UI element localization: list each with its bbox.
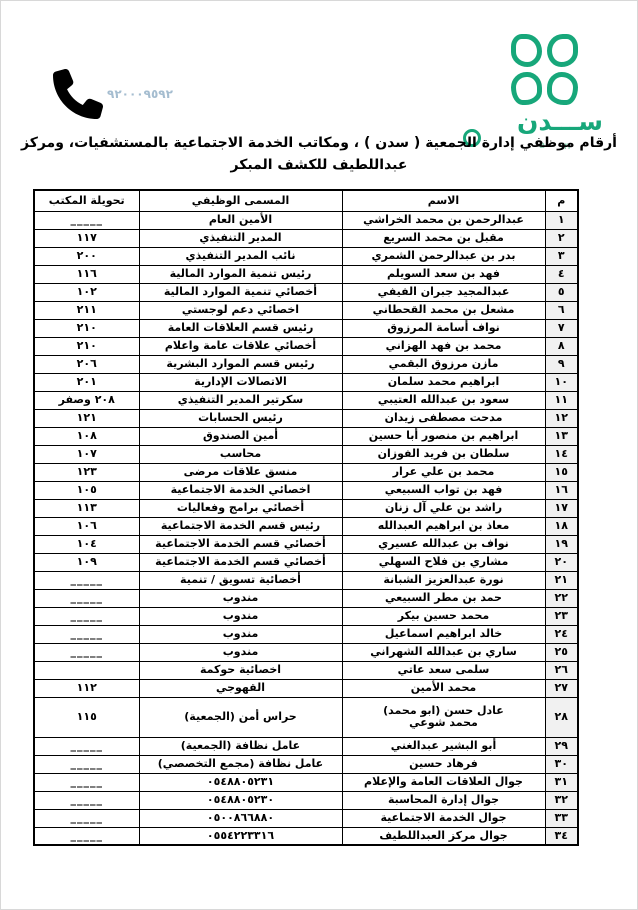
job-title-cell: عامل نظافة (مجمع التخصصي) xyxy=(139,755,342,773)
job-title-cell: حراس أمن (الجمعية) xyxy=(139,697,342,737)
row-number-cell: ١٥ xyxy=(545,463,578,481)
job-title-cell: منسق علاقات مرضى xyxy=(139,463,342,481)
name-cell: ساري بن عبدالله الشهراني xyxy=(342,643,545,661)
name-cell: أبو البشير عبدالغني xyxy=(342,737,545,755)
table-row: ١١سعود بن عبدالله العتيبيسكرتير المدير ا… xyxy=(34,391,578,409)
name-cell: محمد بن علي عرار xyxy=(342,463,545,481)
job-title-cell: المدير التنفيذي xyxy=(139,229,342,247)
extension-cell: ٢١٠ xyxy=(34,319,139,337)
row-number-cell: ٢٦ xyxy=(545,661,578,679)
extension-cell: ١١٧ xyxy=(34,229,139,247)
page-title: أرقام موظفي إدارة الجمعية ( سدن ) ، ومكا… xyxy=(19,132,619,176)
phone-handset-icon xyxy=(53,65,103,123)
job-title-cell: ٠٥٤٨٨٠٥٢٣٠ xyxy=(139,791,342,809)
name-cell: مقبل بن محمد السريع xyxy=(342,229,545,247)
table-row: ٢٦سلمى سعد عاتياخصائية حوكمة xyxy=(34,661,578,679)
name-cell: محمد بن فهد الهزاني xyxy=(342,337,545,355)
extension-cell: ٢١٠ xyxy=(34,337,139,355)
row-number-cell: ٧ xyxy=(545,319,578,337)
row-number-cell: ٢٠ xyxy=(545,553,578,571)
row-number-cell: ٢٢ xyxy=(545,589,578,607)
job-title-cell: أخصائية تسويق / تنمية xyxy=(139,571,342,589)
clover-petal-icon xyxy=(547,34,578,67)
table-row: ٢مقبل بن محمد السريعالمدير التنفيذي١١٧ xyxy=(34,229,578,247)
row-number-cell: ١ xyxy=(545,211,578,229)
extension-cell: _____ xyxy=(34,589,139,607)
table-row: ١٣ابراهيم بن منصور أبا حسينأمين الصندوق١… xyxy=(34,427,578,445)
name-cell: مدحت مصطفى زيدان xyxy=(342,409,545,427)
row-number-cell: ٢٣ xyxy=(545,607,578,625)
job-title-cell: عامل نظافة (الجمعية) xyxy=(139,737,342,755)
table-row: ١٧راشد بن علي آل زنانأخصائي برامج وفعالي… xyxy=(34,499,578,517)
table-row: ٩مازن مرزوق البقميرئيس قسم الموارد البشر… xyxy=(34,355,578,373)
table-row: ٢٧محمد الأمينالقهوجي١١٢ xyxy=(34,679,578,697)
job-title-cell: محاسب xyxy=(139,445,342,463)
row-number-cell: ٢٨ xyxy=(545,697,578,737)
row-number-cell: ٣١ xyxy=(545,773,578,791)
row-number-cell: ٢٤ xyxy=(545,625,578,643)
column-header-job-title: المسمى الوظيفي xyxy=(139,190,342,211)
table-row: ١٦فهد بن تواب السبيعياخصائي الخدمة الاجت… xyxy=(34,481,578,499)
job-title-cell: أمين الصندوق xyxy=(139,427,342,445)
job-title-cell: رئيس قسم العلاقات العامة xyxy=(139,319,342,337)
table-row: ٢٢حمد بن مطر السبيعيمندوب_____ xyxy=(34,589,578,607)
row-number-cell: ١٢ xyxy=(545,409,578,427)
name-cell: سلمى سعد عاتي xyxy=(342,661,545,679)
row-number-cell: ١١ xyxy=(545,391,578,409)
name-cell: نورة عبدالعزيز الشبانة xyxy=(342,571,545,589)
name-cell: محمد حسين بيكر xyxy=(342,607,545,625)
row-number-cell: ٣٠ xyxy=(545,755,578,773)
job-title-cell: رئيس الحسابات xyxy=(139,409,342,427)
table-body: ١عبدالرحمن بن محمد الخراشيالأمين العام__… xyxy=(34,211,578,845)
table-row: ٣٤جوال مركز العبداللطيف٠٥٥٤٢٢٣٣١٦_____ xyxy=(34,827,578,845)
table-row: ٣١جوال العلاقات العامة والإعلام٠٥٤٨٨٠٥٢٣… xyxy=(34,773,578,791)
job-title-cell: اخصائي الخدمة الاجتماعية xyxy=(139,481,342,499)
table-row: ١٨معاذ بن ابراهيم العبداللهرئيس قسم الخد… xyxy=(34,517,578,535)
name-cell: جوال مركز العبداللطيف xyxy=(342,827,545,845)
extension-cell: _____ xyxy=(34,625,139,643)
name-cell: عبدالمجيد جبران الفيفي xyxy=(342,283,545,301)
name-cell: خالد ابراهيم اسماعيل xyxy=(342,625,545,643)
job-title-cell: أخصائي قسم الخدمة الاجتماعية xyxy=(139,535,342,553)
row-number-cell: ٣ xyxy=(545,247,578,265)
table-row: ٣٢جوال إدارة المحاسبة٠٥٤٨٨٠٥٢٣٠_____ xyxy=(34,791,578,809)
table-row: ٢٤خالد ابراهيم اسماعيلمندوب_____ xyxy=(34,625,578,643)
job-title-cell: ٠٥٠٠٨٦٦٨٨٠ xyxy=(139,809,342,827)
extension-cell: _____ xyxy=(34,643,139,661)
table-row: ١٠ابراهيم محمد سلمانالاتصالات الإدارية٢٠… xyxy=(34,373,578,391)
name-cell: نواف أسامة المرزوق xyxy=(342,319,545,337)
row-number-cell: ١٤ xyxy=(545,445,578,463)
clover-petal-icon xyxy=(547,72,578,105)
unified-phone-number: ٩٢٠٠٠٩٥٩٢ xyxy=(107,87,173,101)
extension-cell: ١٠٢ xyxy=(34,283,139,301)
name-cell: نواف بن عبدالله عسيري xyxy=(342,535,545,553)
row-number-cell: ١٠ xyxy=(545,373,578,391)
job-title-cell: اخصائي دعم لوجستي xyxy=(139,301,342,319)
row-number-cell: ٢١ xyxy=(545,571,578,589)
row-number-cell: ١٨ xyxy=(545,517,578,535)
extension-cell: ١١٥ xyxy=(34,697,139,737)
job-title-cell: سكرتير المدير التنفيذي xyxy=(139,391,342,409)
name-cell: مازن مرزوق البقمي xyxy=(342,355,545,373)
extension-cell: ١٠٩ xyxy=(34,553,139,571)
row-number-cell: ١٩ xyxy=(545,535,578,553)
row-number-cell: ٩ xyxy=(545,355,578,373)
row-number-cell: ٢ xyxy=(545,229,578,247)
job-title-cell: أخصائي علاقات عامة واعلام xyxy=(139,337,342,355)
row-number-cell: ٦ xyxy=(545,301,578,319)
table-row: ١٤سلطان بن فريد الفوزانمحاسب١٠٧ xyxy=(34,445,578,463)
extension-cell: _____ xyxy=(34,571,139,589)
extension-cell: ٢٠٦ xyxy=(34,355,139,373)
extension-cell xyxy=(34,661,139,679)
table-row: ٢٨عادل حسن (ابو محمد) محمد شوعيحراس أمن … xyxy=(34,697,578,737)
table-row: ١٢مدحت مصطفى زيدانرئيس الحسابات١٢١ xyxy=(34,409,578,427)
extension-cell: _____ xyxy=(34,737,139,755)
job-title-cell: مندوب xyxy=(139,589,342,607)
extension-cell: _____ xyxy=(34,827,139,845)
row-number-cell: ١٦ xyxy=(545,481,578,499)
name-cell: مشاري بن فلاح السهلي xyxy=(342,553,545,571)
extension-cell: ١٠٦ xyxy=(34,517,139,535)
table-row: ٢٥ساري بن عبدالله الشهرانيمندوب_____ xyxy=(34,643,578,661)
name-cell: فهد بن سعد السويلم xyxy=(342,265,545,283)
extension-cell: ٢١١ xyxy=(34,301,139,319)
table-row: ٣٠فرهاد حسينعامل نظافة (مجمع التخصصي)___… xyxy=(34,755,578,773)
row-number-cell: ٤ xyxy=(545,265,578,283)
name-cell: معاذ بن ابراهيم العبدالله xyxy=(342,517,545,535)
name-cell: عبدالرحمن بن محمد الخراشي xyxy=(342,211,545,229)
job-title-cell: مندوب xyxy=(139,607,342,625)
table-row: ٢٠مشاري بن فلاح السهليأخصائي قسم الخدمة … xyxy=(34,553,578,571)
name-cell: سعود بن عبدالله العتيبي xyxy=(342,391,545,409)
name-cell: بدر بن عبدالرحمن الشمري xyxy=(342,247,545,265)
name-cell: جوال الخدمة الاجتماعية xyxy=(342,809,545,827)
clover-petal-icon xyxy=(511,72,542,105)
job-title-cell: رئيس تنمية الموارد المالية xyxy=(139,265,342,283)
name-cell: محمد الأمين xyxy=(342,679,545,697)
row-number-cell: ٥ xyxy=(545,283,578,301)
clover-logo-icon xyxy=(511,34,578,105)
extension-cell: ١٠٥ xyxy=(34,481,139,499)
extension-cell: ١٢٣ xyxy=(34,463,139,481)
extension-cell: ١١٢ xyxy=(34,679,139,697)
table-row: ١عبدالرحمن بن محمد الخراشيالأمين العام__… xyxy=(34,211,578,229)
table-row: ٥عبدالمجيد جبران الفيفيأخصائي تنمية المو… xyxy=(34,283,578,301)
table-row: ٢١نورة عبدالعزيز الشبانةأخصائية تسويق / … xyxy=(34,571,578,589)
job-title-cell: أخصائي برامج وفعاليات xyxy=(139,499,342,517)
job-title-cell: مندوب xyxy=(139,643,342,661)
table-row: ٧نواف أسامة المرزوقرئيس قسم العلاقات الع… xyxy=(34,319,578,337)
extension-cell: _____ xyxy=(34,607,139,625)
job-title-cell: القهوجي xyxy=(139,679,342,697)
column-header-name: الاسم xyxy=(342,190,545,211)
name-cell: مشعل بن محمد القحطاني xyxy=(342,301,545,319)
extension-cell: ١١٦ xyxy=(34,265,139,283)
name-cell: حمد بن مطر السبيعي xyxy=(342,589,545,607)
column-header-number: م xyxy=(545,190,578,211)
name-cell: راشد بن علي آل زنان xyxy=(342,499,545,517)
extension-cell: ١٠٤ xyxy=(34,535,139,553)
table-row: ٨محمد بن فهد الهزانيأخصائي علاقات عامة و… xyxy=(34,337,578,355)
name-cell: فهد بن تواب السبيعي xyxy=(342,481,545,499)
column-header-extension: تحويلة المكتب xyxy=(34,190,139,211)
job-title-cell: الاتصالات الإدارية xyxy=(139,373,342,391)
name-cell: فرهاد حسين xyxy=(342,755,545,773)
name-cell: جوال إدارة المحاسبة xyxy=(342,791,545,809)
job-title-cell: نائب المدير التنفيذي xyxy=(139,247,342,265)
table-row: ٣٣جوال الخدمة الاجتماعية٠٥٠٠٨٦٦٨٨٠_____ xyxy=(34,809,578,827)
extension-cell: _____ xyxy=(34,755,139,773)
extension-cell: _____ xyxy=(34,809,139,827)
extension-cell: _____ xyxy=(34,791,139,809)
table-row: ٤فهد بن سعد السويلمرئيس تنمية الموارد ال… xyxy=(34,265,578,283)
table-row: ٢٩أبو البشير عبدالغنيعامل نظافة (الجمعية… xyxy=(34,737,578,755)
job-title-cell: الأمين العام xyxy=(139,211,342,229)
row-number-cell: ٣٣ xyxy=(545,809,578,827)
job-title-cell: أخصائي قسم الخدمة الاجتماعية xyxy=(139,553,342,571)
extension-cell: _____ xyxy=(34,211,139,229)
extension-cell: ٢٠٠ xyxy=(34,247,139,265)
table-row: ١٩نواف بن عبدالله عسيريأخصائي قسم الخدمة… xyxy=(34,535,578,553)
extension-cell: ٢٠١ xyxy=(34,373,139,391)
extension-cell: ٢٠٨ وصفر xyxy=(34,391,139,409)
table-row: ٢٣محمد حسين بيكرمندوب_____ xyxy=(34,607,578,625)
table-row: ٣بدر بن عبدالرحمن الشمرينائب المدير التن… xyxy=(34,247,578,265)
extension-cell: ١٢١ xyxy=(34,409,139,427)
job-title-cell: اخصائية حوكمة xyxy=(139,661,342,679)
row-number-cell: ٣٢ xyxy=(545,791,578,809)
extension-cell: _____ xyxy=(34,773,139,791)
row-number-cell: ٢٧ xyxy=(545,679,578,697)
clover-petal-icon xyxy=(511,34,542,67)
table-row: ٦مشعل بن محمد القحطانياخصائي دعم لوجستي٢… xyxy=(34,301,578,319)
row-number-cell: ١٧ xyxy=(545,499,578,517)
row-number-cell: ٨ xyxy=(545,337,578,355)
job-title-cell: رئيس قسم الخدمة الاجتماعية xyxy=(139,517,342,535)
extension-cell: ١١٣ xyxy=(34,499,139,517)
name-cell: جوال العلاقات العامة والإعلام xyxy=(342,773,545,791)
row-number-cell: ١٣ xyxy=(545,427,578,445)
name-cell: عادل حسن (ابو محمد) محمد شوعي xyxy=(342,697,545,737)
row-number-cell: ٢٥ xyxy=(545,643,578,661)
extension-cell: ١٠٨ xyxy=(34,427,139,445)
job-title-cell: ٠٥٥٤٢٢٣٣١٦ xyxy=(139,827,342,845)
name-cell: ابراهيم محمد سلمان xyxy=(342,373,545,391)
name-cell: سلطان بن فريد الفوزان xyxy=(342,445,545,463)
row-number-cell: ٢٩ xyxy=(545,737,578,755)
job-title-cell: ٠٥٤٨٨٠٥٢٣١ xyxy=(139,773,342,791)
job-title-cell: أخصائي تنمية الموارد المالية xyxy=(139,283,342,301)
job-title-cell: مندوب xyxy=(139,625,342,643)
table-header-row: م الاسم المسمى الوظيفي تحويلة المكتب xyxy=(34,190,578,211)
table-row: ١٥محمد بن علي عرارمنسق علاقات مرضى١٢٣ xyxy=(34,463,578,481)
row-number-cell: ٣٤ xyxy=(545,827,578,845)
phone-directory-table: م الاسم المسمى الوظيفي تحويلة المكتب ١عب… xyxy=(33,189,579,846)
job-title-cell: رئيس قسم الموارد البشرية xyxy=(139,355,342,373)
extension-cell: ١٠٧ xyxy=(34,445,139,463)
name-cell: ابراهيم بن منصور أبا حسين xyxy=(342,427,545,445)
document-page: ٩٢٠٠٠٩٥٩٢ ســـدن a n أرقام موظفي إدارة ا… xyxy=(0,0,638,910)
